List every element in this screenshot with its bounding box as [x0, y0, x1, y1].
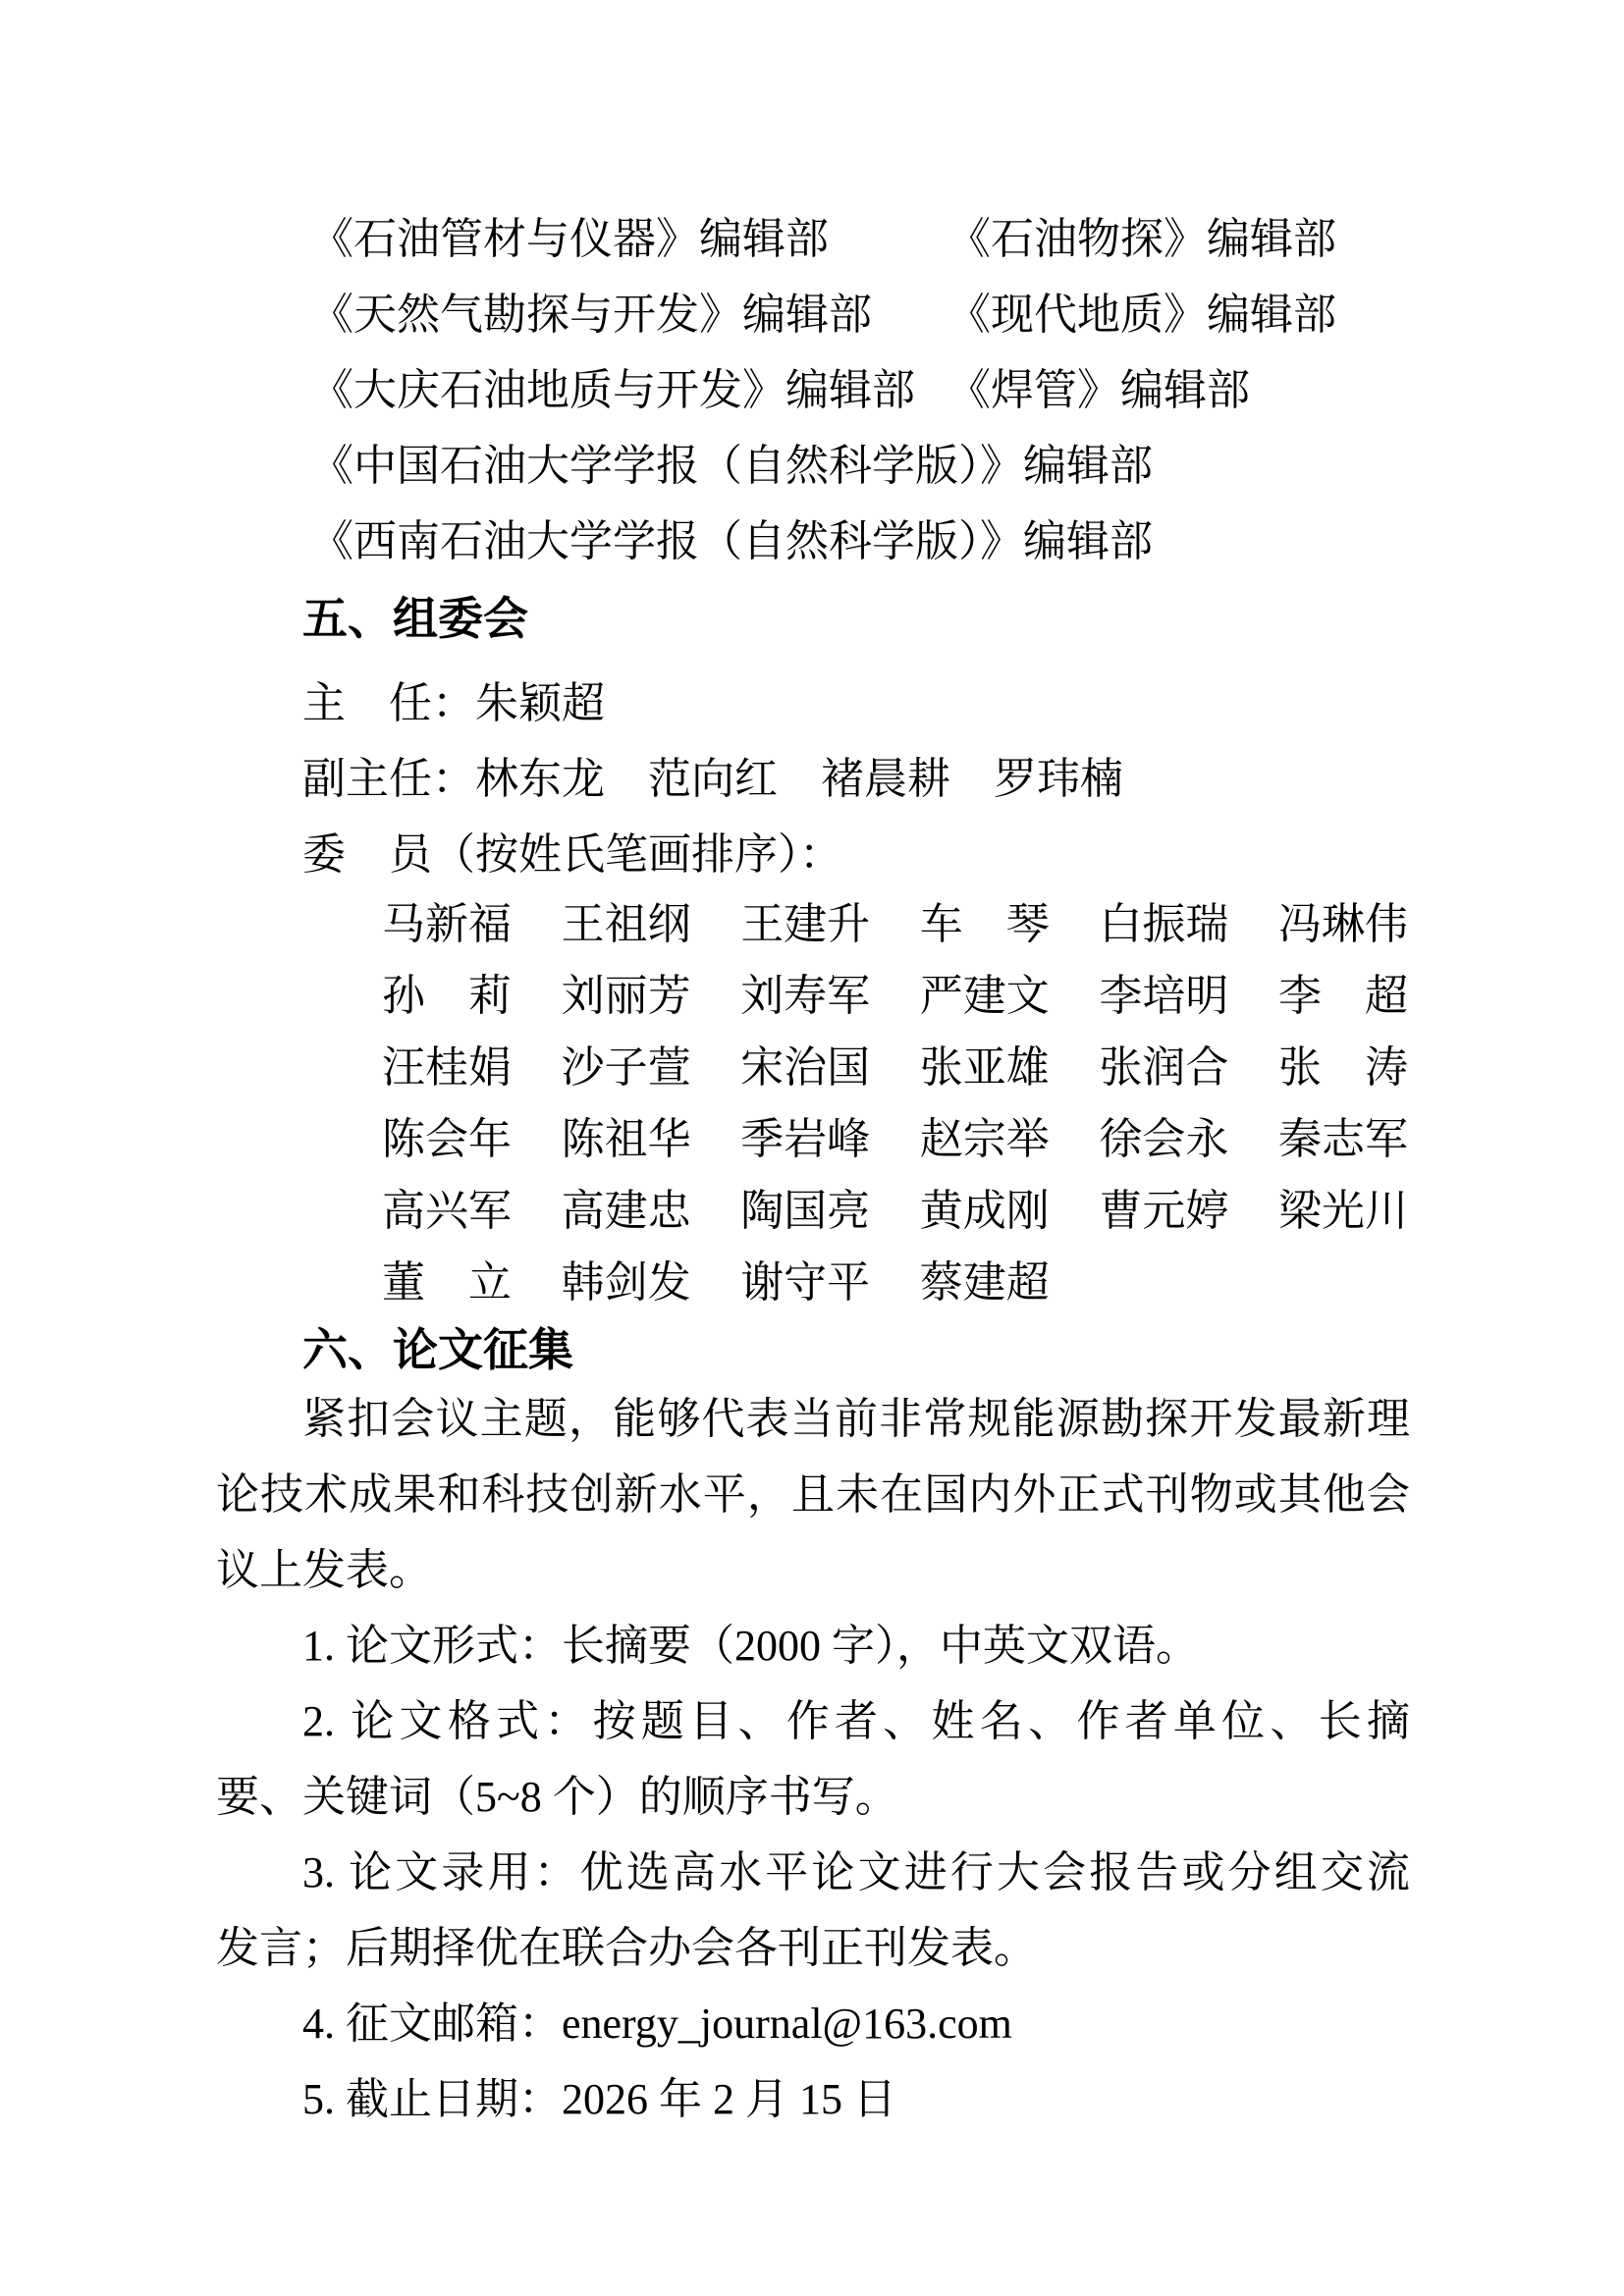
vice-chair-line: 副主任：林东龙 范向红 褚晨耕 罗玮楠: [216, 758, 1410, 801]
item-paper-form: 1. 论文形式：长摘要（2000 字），中英文双语。: [216, 1625, 1410, 1668]
section-six-heading: 六、论文征集: [302, 1327, 1410, 1372]
committee-member-name: 汪桂娟: [382, 1046, 512, 1090]
committee-member-name: 李培明: [1099, 975, 1228, 1018]
journal-row: 《天然气勘探与开发》编辑部 《现代地质》编辑部: [216, 294, 1410, 337]
committee-member-name: 宋治国: [740, 1046, 870, 1090]
committee-member-name: 孙 莉: [382, 975, 512, 1018]
committee-member-name: 陈会年: [382, 1118, 512, 1161]
committee-member-name: 白振瑞: [1099, 903, 1228, 946]
chair-label: 主 任：: [302, 679, 475, 727]
committee-members-grid: 马新福王祖纲王建升车 琴白振瑞冯琳伟孙 莉刘丽芳刘寿军严建文李培明李 超汪桂娟沙…: [382, 903, 1408, 1305]
committee-member-name: 高兴军: [382, 1190, 512, 1233]
document-content: 《石油管材与仪器》编辑部 《石油物探》编辑部 《天然气勘探与开发》编辑部 《现代…: [0, 0, 1624, 2121]
committee-member-name: 季岩峰: [740, 1118, 870, 1161]
chair-name: 朱颖超: [475, 679, 605, 727]
journal-list: 《石油管材与仪器》编辑部 《石油物探》编辑部 《天然气勘探与开发》编辑部 《现代…: [216, 218, 1410, 563]
committee-member-name: 韩剑发: [562, 1261, 691, 1305]
committee-member-name: 刘丽芳: [562, 975, 691, 1018]
committee-member-name: 蔡建超: [920, 1261, 1050, 1305]
journal-row: 《大庆石油地质与开发》编辑部 《焊管》编辑部: [216, 369, 1410, 412]
item-paper-format-line-2: 要、关键词（5~8 个）的顺序书写。: [216, 1776, 1410, 1819]
committee-member-name: 谢守平: [740, 1261, 870, 1305]
committee-member-name: 沙子萱: [562, 1046, 691, 1090]
committee-member-name: 张 涛: [1278, 1046, 1408, 1090]
committee-member-name: 马新福: [382, 903, 512, 946]
email-label: 4. 征文邮箱：: [302, 2000, 562, 2048]
committee-member-name: 李 超: [1278, 975, 1408, 1018]
item-paper-acceptance-line-2: 发言；后期择优在联合办会各刊正刊发表。: [216, 1927, 1410, 1970]
members-label: 委 员（按姓氏笔画排序）：: [302, 830, 842, 879]
item-paper-acceptance-line-1: 3. 论文录用：优选高水平论文进行大会报告或分组交流: [216, 1851, 1410, 1895]
committee-member-name: 曹元婷: [1099, 1190, 1228, 1233]
deadline-date: 2026 年 2 月 15 日: [562, 2075, 896, 2123]
intro-line-2: 论技术成果和科技创新水平，且未在国内外正式刊物或其他会: [216, 1473, 1410, 1517]
committee-member-name: 陈祖华: [562, 1118, 691, 1161]
committee-member-name: 张亚雄: [920, 1046, 1050, 1090]
journal-row: 《石油管材与仪器》编辑部 《石油物探》编辑部: [216, 218, 1410, 261]
section-five-heading: 五、组委会: [302, 596, 1410, 641]
committee-member-name: 张润合: [1099, 1046, 1228, 1090]
committee-member-name: 黄成刚: [920, 1190, 1050, 1233]
journal-row: 《中国石油大学学报（自然科学版）》编辑部: [216, 445, 1410, 488]
item-paper-format-line-1: 2. 论文格式：按题目、作者、姓名、作者单位、长摘: [216, 1700, 1410, 1743]
vice-chair-names: 林东龙 范向红 褚晨耕 罗玮楠: [475, 755, 1123, 803]
journal-name-right: 《现代地质》编辑部: [947, 294, 1336, 337]
item-submission-email: 4. 征文邮箱：energy_journal@163.com: [216, 2002, 1410, 2046]
committee-member-name: 冯琳伟: [1278, 903, 1408, 946]
email-address: energy_journal@163.com: [562, 2000, 1012, 2048]
journal-name-left: 《大庆石油地质与开发》编辑部: [310, 366, 915, 414]
journal-name-right: 《石油物探》编辑部: [947, 218, 1336, 261]
journal-name-left: 《石油管材与仪器》编辑部: [310, 215, 829, 263]
journal-row: 《西南石油大学学报（自然科学版）》编辑部: [216, 520, 1410, 563]
vice-chair-label: 副主任：: [302, 755, 475, 803]
chair-line: 主 任：朱颖超: [216, 682, 1410, 725]
journal-name-right: 《焊管》编辑部: [947, 369, 1250, 412]
committee-member-name: 秦志军: [1278, 1118, 1408, 1161]
committee-member-name: 严建文: [920, 975, 1050, 1018]
document-page: 《石油管材与仪器》编辑部 《石油物探》编辑部 《天然气勘探与开发》编辑部 《现代…: [0, 0, 1624, 2296]
item-deadline: 5. 截止日期：2026 年 2 月 15 日: [216, 2078, 1410, 2121]
committee-member-name: 刘寿军: [740, 975, 870, 1018]
committee-member-name: 王建升: [740, 903, 870, 946]
committee-member-name: 董 立: [382, 1261, 512, 1305]
journal-name-left: 《中国石油大学学报（自然科学版）》编辑部: [310, 442, 1153, 490]
intro-line-3: 议上发表。: [216, 1549, 1410, 1592]
journal-name-left: 《西南石油大学学报（自然科学版）》编辑部: [310, 517, 1153, 565]
journal-name-left: 《天然气勘探与开发》编辑部: [310, 291, 872, 339]
committee-member-name: 赵宗举: [920, 1118, 1050, 1161]
deadline-label: 5. 截止日期：: [302, 2075, 562, 2123]
members-label-line: 委 员（按姓氏笔画排序）：: [216, 833, 1410, 877]
committee-member-name: 徐会永: [1099, 1118, 1228, 1161]
committee-member-name: 王祖纲: [562, 903, 691, 946]
committee-member-name: 陶国亮: [740, 1190, 870, 1233]
intro-line-1: 紧扣会议主题，能够代表当前非常规能源勘探开发最新理: [216, 1398, 1410, 1441]
committee-member-name: 梁光川: [1278, 1190, 1408, 1233]
committee-member-name: 车 琴: [920, 903, 1050, 946]
committee-member-name: 高建忠: [562, 1190, 691, 1233]
